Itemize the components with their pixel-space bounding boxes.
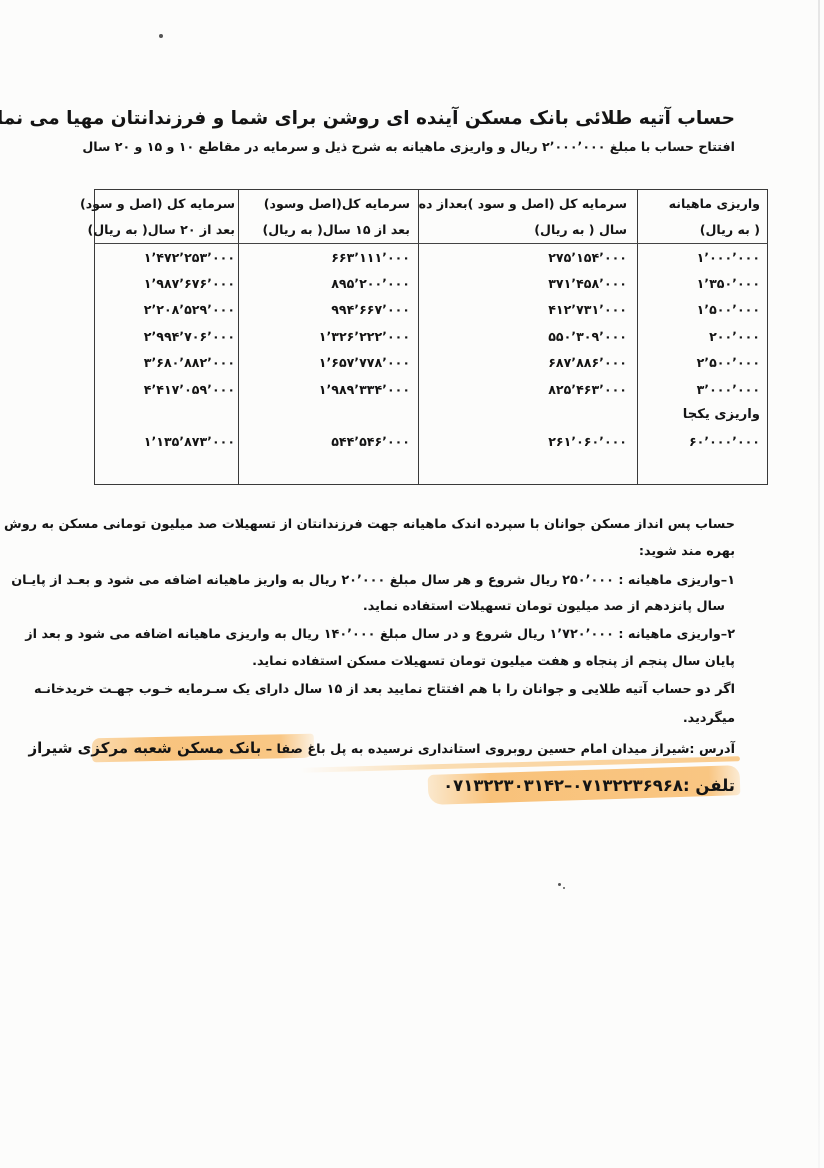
address-text: آدرس :شیراز میدان امام حسین روبروی استان… xyxy=(261,742,735,757)
table-header-row: واریزی ماهیانه ( به ریال) سرمایه کل (اصل… xyxy=(95,190,768,244)
body-line: سال پانزدهم از صد میلیون تومان تسهیلات ا… xyxy=(84,594,725,620)
cell-15y: ۱٬۶۵۷٬۷۷۸٬۰۰۰ xyxy=(239,350,419,376)
cell-10y: ۸۲۵٬۴۶۳٬۰۰۰ xyxy=(419,376,638,402)
phone-line: تلفن :۰۷۱۳۲۲۳۶۹۶۸–۰۷۱۳۲۲۳۰۳۱۴۲ xyxy=(420,770,735,802)
empty-cell xyxy=(239,456,419,485)
cell-20y: ۱٬۴۷۲٬۲۵۳٬۰۰۰ xyxy=(95,244,239,271)
cell-15y: ۹۹۴٬۶۶۷٬۰۰۰ xyxy=(239,297,419,323)
cell-monthly: ۱٬۳۵۰٬۰۰۰ xyxy=(638,270,768,296)
header-line: سرمایه کل (اصل و سود) xyxy=(95,191,235,217)
table-row: ۱٬۰۰۰٬۰۰۰ ۲۷۵٬۱۵۴٬۰۰۰ ۶۶۳٬۱۱۱٬۰۰۰ ۱٬۴۷۲٬… xyxy=(95,244,768,271)
header-line: واریزی ماهیانه xyxy=(638,191,760,217)
header-line: سرمایه کل(اصل وسود) xyxy=(239,191,410,217)
empty-cell xyxy=(239,402,419,426)
cell-monthly: ۲۰۰٬۰۰۰ xyxy=(638,323,768,349)
body-line: ۱–واریزی ماهیانه : ۲۵۰٬۰۰۰ ریال شروع و ه… xyxy=(84,568,735,594)
scan-edge-right xyxy=(818,0,820,1168)
empty-cell xyxy=(419,402,638,426)
table-row: ۳٬۰۰۰٬۰۰۰ ۸۲۵٬۴۶۳٬۰۰۰ ۱٬۹۸۹٬۳۳۴٬۰۰۰ ۴٬۴۱… xyxy=(95,376,768,402)
empty-cell xyxy=(95,402,239,426)
body-line: حساب پس انداز مسکن جوانان با سپرده اندک … xyxy=(84,512,735,538)
cell-15y: ۱٬۹۸۹٬۳۳۴٬۰۰۰ xyxy=(239,376,419,402)
header-line: سال ( به ریال) xyxy=(419,217,627,243)
cell-10y: ۶۸۷٬۸۸۶٬۰۰۰ xyxy=(419,350,638,376)
header-line: ( به ریال) xyxy=(638,217,760,243)
cell-monthly: ۱٬۰۰۰٬۰۰۰ xyxy=(638,244,768,271)
body-line: بهره مند شوید: xyxy=(84,539,735,565)
cell-20y: ۱٬۹۸۷٬۶۷۶٬۰۰۰ xyxy=(95,270,239,296)
header-line: بعد از ۲۰ سال( به ریال) xyxy=(95,217,235,243)
empty-cell xyxy=(419,456,638,485)
table-row: ۲٬۵۰۰٬۰۰۰ ۶۸۷٬۸۸۶٬۰۰۰ ۱٬۶۵۷٬۷۷۸٬۰۰۰ ۳٬۶۸… xyxy=(95,350,768,376)
header-monthly-deposit: واریزی ماهیانه ( به ریال) xyxy=(638,190,768,244)
cell-20y: ۲٬۲۰۸٬۵۲۹٬۰۰۰ xyxy=(95,297,239,323)
header-line: سرمایه کل (اصل و سود )بعداز ده xyxy=(419,191,627,217)
phone-numbers: ۰۷۱۳۲۲۳۶۹۶۸–۰۷۱۳۲۲۳۰۳۱۴۲ xyxy=(443,776,683,795)
body-line: ۲–واریزی ماهیانه : ۱٬۷۲۰٬۰۰۰ ریال شروع و… xyxy=(96,622,735,648)
header-capital-10-years: سرمایه کل (اصل و سود )بعداز ده سال ( به … xyxy=(419,190,638,244)
empty-cell xyxy=(638,456,768,485)
cell-15y: ۸۹۵٬۲۰۰٬۰۰۰ xyxy=(239,270,419,296)
table-row: ۱٬۵۰۰٬۰۰۰ ۴۱۲٬۷۳۱٬۰۰۰ ۹۹۴٬۶۶۷٬۰۰۰ ۲٬۲۰۸٬… xyxy=(95,297,768,323)
cell-10y: ۳۷۱٬۴۵۸٬۰۰۰ xyxy=(419,270,638,296)
header-capital-15-years: سرمایه کل(اصل وسود) بعد از ۱۵ سال( به ری… xyxy=(239,190,419,244)
cell-10y: ۵۵۰٬۳۰۹٬۰۰۰ xyxy=(419,323,638,349)
cell-monthly: ۱٬۵۰۰٬۰۰۰ xyxy=(638,297,768,323)
cell-monthly: ۲٬۵۰۰٬۰۰۰ xyxy=(638,350,768,376)
body-line: میگردید. xyxy=(84,706,735,732)
cell-10y: ۴۱۲٬۷۳۱٬۰۰۰ xyxy=(419,297,638,323)
empty-cell xyxy=(95,456,239,485)
cell-10y: ۲۷۵٬۱۵۴٬۰۰۰ xyxy=(419,244,638,271)
bank-branch-name: بانک مسکن شعبه مرکزی شیراز xyxy=(28,739,261,757)
body-line: اگر دو حساب آتیه طلایی و جوانان را با هم… xyxy=(84,677,735,703)
header-line: بعد از ۱۵ سال( به ریال) xyxy=(239,217,410,243)
scan-speck xyxy=(558,883,561,886)
page-subtitle: افتتاح حساب با مبلغ ۲٬۰۰۰٬۰۰۰ ریال و وار… xyxy=(150,136,735,158)
lump-sum-label: واریزی یکجا xyxy=(638,402,768,426)
scan-speck xyxy=(159,34,163,38)
cell-15y: ۶۶۳٬۱۱۱٬۰۰۰ xyxy=(239,244,419,271)
address-line: آدرس :شیراز میدان امام حسین روبروی استان… xyxy=(80,735,735,761)
phone-label: تلفن : xyxy=(683,776,735,795)
header-capital-20-years: سرمایه کل (اصل و سود) بعد از ۲۰ سال( به … xyxy=(95,190,239,244)
scan-speck xyxy=(563,887,565,889)
table-row: ۲۰۰٬۰۰۰ ۵۵۰٬۳۰۹٬۰۰۰ ۱٬۳۲۶٬۲۲۲٬۰۰۰ ۲٬۹۹۴٬… xyxy=(95,323,768,349)
cell-20y: ۱٬۱۳۵٬۸۷۳٬۰۰۰ xyxy=(95,426,239,456)
cell-20y: ۴٬۴۱۷٬۰۵۹٬۰۰۰ xyxy=(95,376,239,402)
cell-20y: ۲٬۹۹۴٬۷۰۶٬۰۰۰ xyxy=(95,323,239,349)
cell-10y: ۲۶۱٬۰۶۰٬۰۰۰ xyxy=(419,426,638,456)
table-filler-row xyxy=(95,456,768,485)
lump-sum-row: ۶۰٬۰۰۰٬۰۰۰ ۲۶۱٬۰۶۰٬۰۰۰ ۵۴۴٬۵۴۶٬۰۰۰ ۱٬۱۳۵… xyxy=(95,426,768,456)
table-row: ۱٬۳۵۰٬۰۰۰ ۳۷۱٬۴۵۸٬۰۰۰ ۸۹۵٬۲۰۰٬۰۰۰ ۱٬۹۸۷٬… xyxy=(95,270,768,296)
savings-table: واریزی ماهیانه ( به ریال) سرمایه کل (اصل… xyxy=(94,189,768,485)
cell-15y: ۱٬۳۲۶٬۲۲۲٬۰۰۰ xyxy=(239,323,419,349)
lump-sum-label-row: واریزی یکجا xyxy=(95,402,768,426)
cell-monthly: ۶۰٬۰۰۰٬۰۰۰ xyxy=(638,426,768,456)
body-line: پایان سال پنجم از پنجاه و هفت میلیون توم… xyxy=(84,649,735,675)
cell-monthly: ۳٬۰۰۰٬۰۰۰ xyxy=(638,376,768,402)
cell-20y: ۳٬۶۸۰٬۸۸۲٬۰۰۰ xyxy=(95,350,239,376)
page-title: حساب آتیه طلائی بانک مسکن آینده ای روشن … xyxy=(150,104,735,134)
cell-15y: ۵۴۴٬۵۴۶٬۰۰۰ xyxy=(239,426,419,456)
